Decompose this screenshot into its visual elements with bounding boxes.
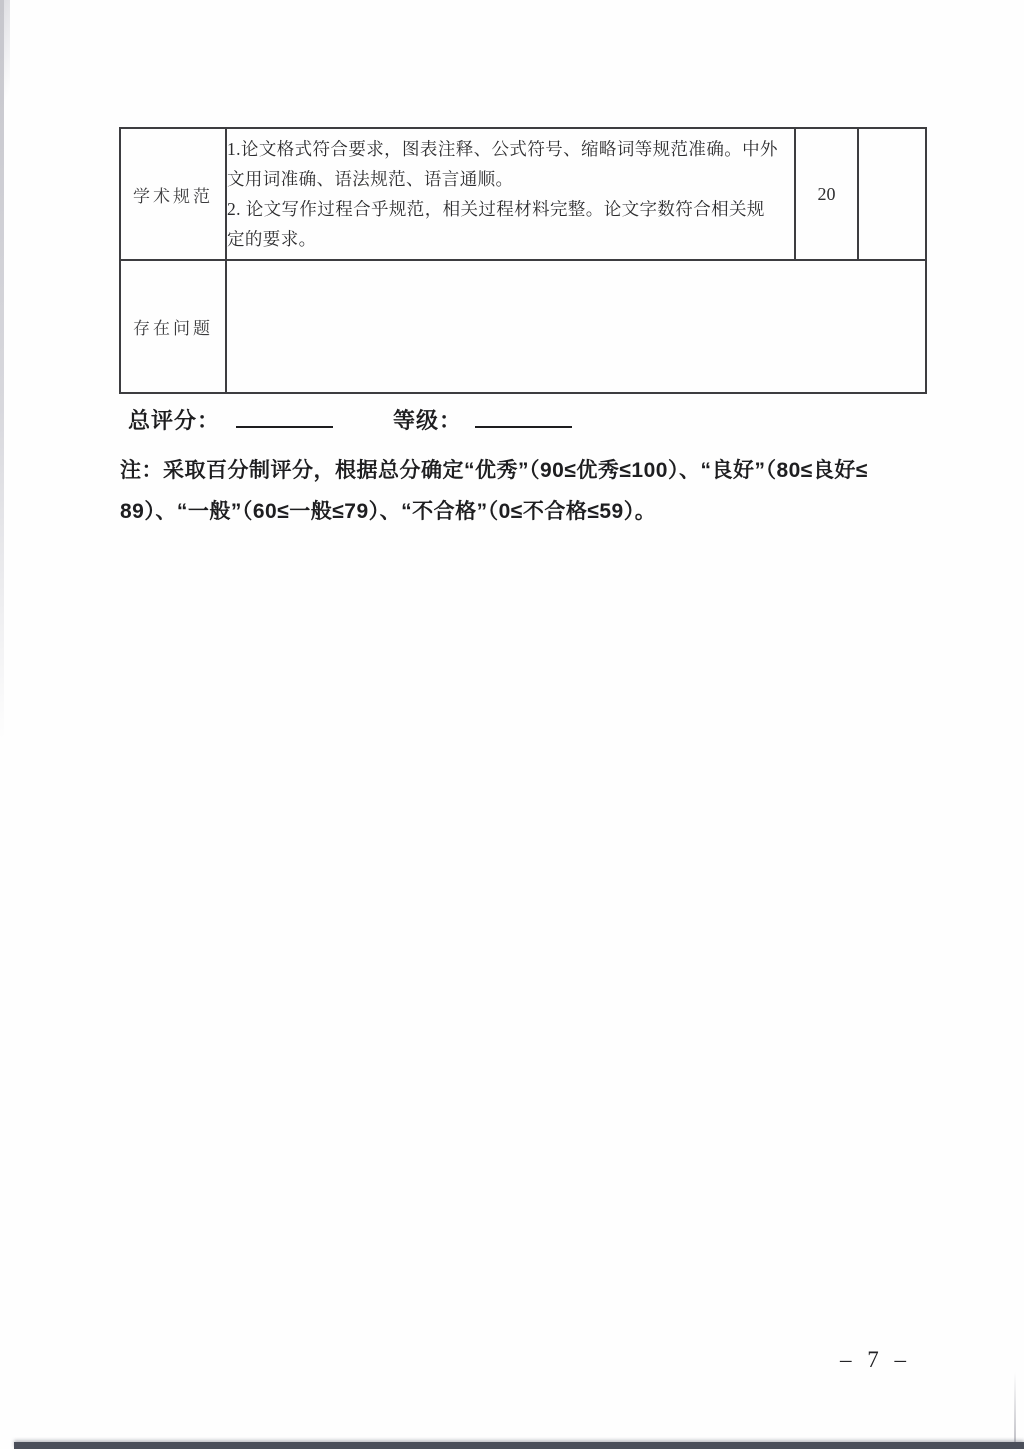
scan-artifact-right-edge — [1014, 1372, 1016, 1442]
scan-artifact-bottom-edge — [14, 1442, 1024, 1449]
grading-note: 注：采取百分制评分，根据总分确定“优秀”（90≤优秀≤100）、“良好”（80≤… — [120, 450, 950, 532]
total-score-label: 总评分： — [128, 408, 220, 433]
criteria-text-line: 2. 论文写作过程合乎规范，相关过程材料完整。论文字数符合相关规 — [227, 194, 794, 224]
grade-label: 等级： — [393, 408, 462, 433]
row-label-academic-standards: 学术规范 — [120, 128, 226, 260]
evaluation-table: 学术规范 1.论文格式符合要求，图表注释、公式符号、缩略词等规范准确。中外 文用… — [119, 127, 927, 394]
score-summary-line: 总评分：等级： — [128, 404, 572, 435]
criteria-text-line: 文用词准确、语法规范、语言通顺。 — [227, 164, 794, 194]
rating-cell-empty — [858, 128, 926, 260]
page-number: – 7 – — [818, 1347, 928, 1373]
scan-artifact-left-edge — [0, 0, 4, 742]
total-score-blank-field — [236, 406, 333, 428]
table-row-academic-standards: 学术规范 1.论文格式符合要求，图表注释、公式符号、缩略词等规范准确。中外 文用… — [120, 128, 926, 260]
score-cell: 20 — [795, 128, 858, 260]
row-label-existing-problems: 存在问题 — [120, 260, 226, 393]
grade-blank-field — [475, 406, 572, 428]
criteria-text-line: 1.论文格式符合要求，图表注释、公式符号、缩略词等规范准确。中外 — [227, 134, 794, 164]
scanned-document-page: 学术规范 1.论文格式符合要求，图表注释、公式符号、缩略词等规范准确。中外 文用… — [0, 0, 1024, 1449]
grading-note-line: 89）、“一般”（60≤一般≤79）、“不合格”（0≤不合格≤59）。 — [120, 491, 950, 532]
criteria-cell: 1.论文格式符合要求，图表注释、公式符号、缩略词等规范准确。中外 文用词准确、语… — [226, 128, 795, 260]
criteria-text-line: 定的要求。 — [227, 224, 794, 254]
problems-content-cell-empty — [226, 260, 926, 393]
table-row-existing-problems: 存在问题 — [120, 260, 926, 393]
grading-note-line: 注：采取百分制评分，根据总分确定“优秀”（90≤优秀≤100）、“良好”（80≤… — [120, 450, 950, 491]
